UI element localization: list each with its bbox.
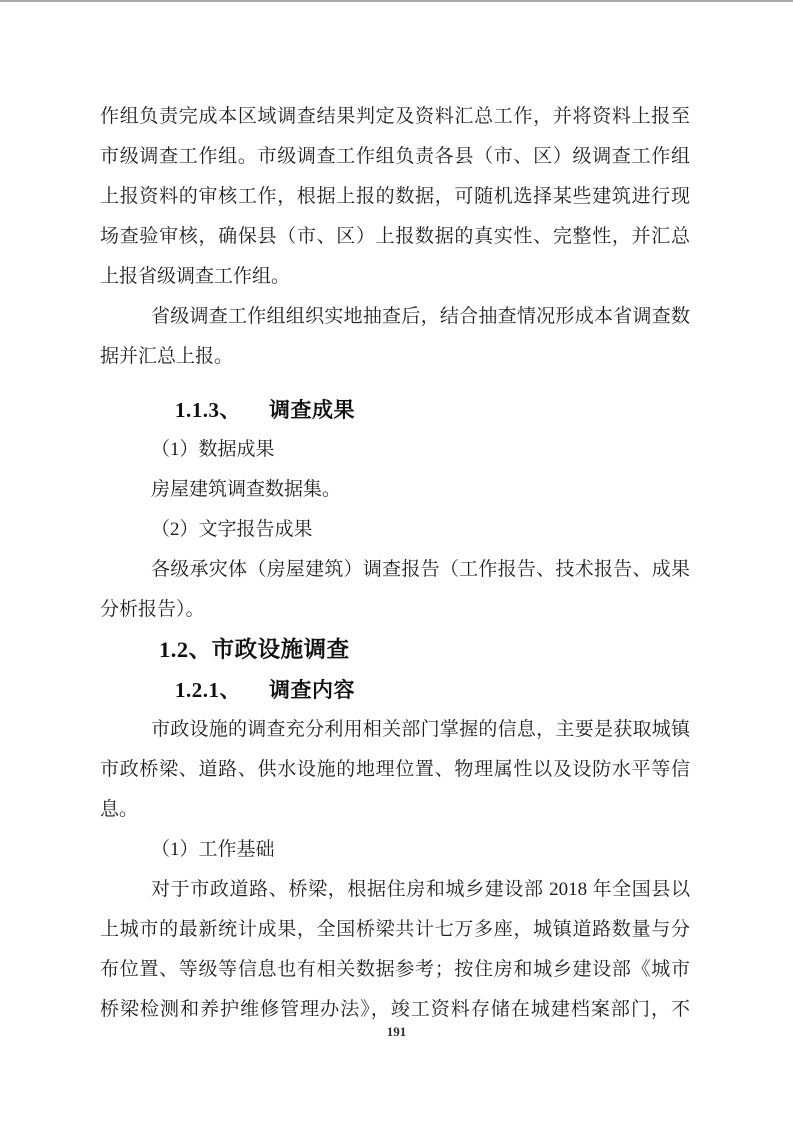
body-text-line: 房屋建筑调查数据集。 <box>100 470 690 510</box>
body-text-line: （2）文字报告成果 <box>100 510 690 550</box>
section-heading-1-2-1: 1.2.1、调查内容 <box>100 670 690 710</box>
body-text-line: 场查验审核，确保县（市、区）上报数据的真实性、完整性，并汇总 <box>100 217 690 257</box>
body-text-line: 上报省级调查工作组。 <box>100 257 690 297</box>
body-text-line: （1）工作基础 <box>100 830 690 870</box>
body-text-line: 市政设施的调查充分利用相关部门掌握的信息，主要是获取城镇 <box>100 710 690 750</box>
body-text-line: 上城市的最新统计成果，全国桥梁共计七万多座，城镇道路数量与分 <box>100 910 690 950</box>
heading-title: 调查成果 <box>269 398 355 422</box>
section-heading-1-1-3: 1.1.3、调查成果 <box>100 390 690 430</box>
heading-title: 调查内容 <box>269 678 355 702</box>
body-text-line: 布位置、等级等信息也有相关数据参考；按住房和城乡建设部《城市 <box>100 950 690 990</box>
document-page: 作组负责完成本区域调查结果判定及资料汇总工作，并将资料上报至 市级调查工作组。市… <box>0 0 793 1122</box>
document-content: 作组负责完成本区域调查结果判定及资料汇总工作，并将资料上报至 市级调查工作组。市… <box>100 97 690 1030</box>
body-text-line: 各级承灾体（房屋建筑）调查报告（工作报告、技术报告、成果 <box>100 550 690 590</box>
section-heading-1-2: 1.2、市政设施调查 <box>100 630 690 670</box>
body-text-line: 省级调查工作组组织实地抽查后，结合抽查情况形成本省调查数 <box>100 297 690 337</box>
body-text-line: 分析报告）。 <box>100 590 690 630</box>
page-number: 191 <box>0 1024 793 1040</box>
heading-number: 1.2.1、 <box>175 678 241 702</box>
heading-title: 1.2、市政设施调查 <box>159 637 350 662</box>
body-text-line: 作组负责完成本区域调查结果判定及资料汇总工作，并将资料上报至 <box>100 97 690 137</box>
body-text-line: 对于市政道路、桥梁，根据住房和城乡建设部 2018 年全国县以 <box>100 870 690 910</box>
body-text-line: 上报资料的审核工作，根据上报的数据，可随机选择某些建筑进行现 <box>100 177 690 217</box>
body-text-line: （1）数据成果 <box>100 430 690 470</box>
body-text-line: 市级调查工作组。市级调查工作组负责各县（市、区）级调查工作组 <box>100 137 690 177</box>
body-text-line: 市政桥梁、道路、供水设施的地理位置、物理属性以及设防水平等信 <box>100 750 690 790</box>
body-text-line: 据并汇总上报。 <box>100 337 690 377</box>
body-text-line: 息。 <box>100 790 690 830</box>
heading-number: 1.1.3、 <box>175 398 241 422</box>
